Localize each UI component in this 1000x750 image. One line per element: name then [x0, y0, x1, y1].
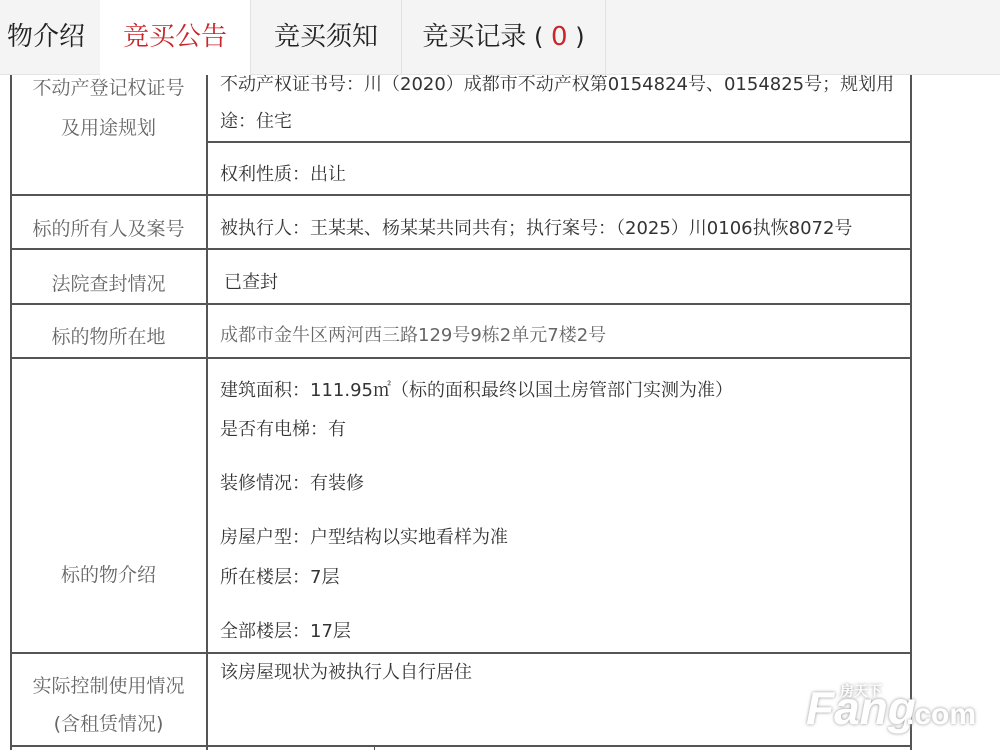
tab-bar: 物介绍 竞买公告 竞买须知 竞买记录 ( 0 ) [0, 0, 1000, 75]
occupancy-value: 该房屋现状为被执行人自行居住 [220, 658, 472, 688]
layout-value: 房屋户型：户型结构以实地看样为准 [220, 523, 508, 553]
row-divider [10, 303, 912, 305]
tab-label: 物介绍 [7, 22, 85, 52]
svg-text:房天下: 房天下 [839, 683, 882, 700]
svg-text:.com: .com [906, 698, 976, 731]
row-label-intro: 标的物介绍 [10, 557, 207, 593]
floor-value: 所在楼层：7层 [220, 563, 339, 593]
rights-type-value: 权利性质：出让 [220, 160, 346, 190]
label-line: 法院查封情况 [51, 273, 165, 295]
location-value: 成都市金牛区两河西三路129号9栋2单元7楼2号 [220, 321, 606, 351]
decoration-value: 装修情况：有装修 [220, 469, 364, 499]
row-label-usage: 实际控制使用情况 (含租赁情况) [10, 668, 207, 742]
label-line: 不动产登记权证号 [10, 70, 207, 106]
tab-item-intro[interactable]: 物介绍 [0, 0, 100, 75]
row-divider [10, 248, 912, 250]
table-border-right [910, 75, 912, 750]
tab-auction-rules[interactable]: 竞买须知 [251, 0, 401, 75]
area-value: 建筑面积：111.95㎡（标的面积最终以国土房管部门实测为准） [220, 376, 733, 406]
row-divider [10, 194, 912, 196]
tab-label: 竞买须知 [274, 22, 378, 52]
count-paren-close: ) [568, 23, 585, 51]
row-divider [207, 141, 912, 143]
count-paren-open: ( [526, 23, 551, 51]
tab-label: 竞买公告 [123, 22, 227, 52]
row-label-owner: 标的所有人及案号 [10, 211, 207, 247]
fang-logo-watermark: Fang .com 房天下 [800, 672, 1000, 742]
label-line: 及用途规划 [10, 110, 207, 146]
row-divider [10, 652, 912, 654]
table-column-divider [206, 75, 208, 750]
owner-case-value: 被执行人：王某某、杨某某共同共有；执行案号：（2025）川0106执恢8072号 [220, 214, 852, 244]
tab-auction-notice[interactable]: 竞买公告 [100, 0, 250, 75]
row-divider [10, 357, 912, 359]
label-line: 标的所有人及案号 [32, 218, 184, 240]
tab-auction-records[interactable]: 竞买记录 ( 0 ) [402, 0, 605, 75]
label-line: 标的物介绍 [61, 564, 156, 586]
seizure-status-value: 已查封 [224, 268, 278, 298]
elevator-value: 是否有电梯：有 [220, 415, 346, 445]
row-label-location: 标的物所在地 [10, 319, 207, 355]
tab-divider [605, 0, 606, 75]
row-divider [10, 745, 912, 747]
table-border-left [10, 75, 12, 750]
label-line: 实际控制使用情况 [10, 668, 207, 704]
label-line: 标的物所在地 [51, 326, 165, 348]
row-label-seizure: 法院查封情况 [10, 266, 207, 302]
usage-value: 途：住宅 [220, 107, 292, 137]
record-count-badge: 0 [551, 22, 568, 52]
label-line: (含租赁情况) [10, 706, 207, 742]
row-label-cert: 不动产登记权证号 及用途规划 [10, 70, 207, 146]
cell-divider [374, 746, 375, 750]
total-floors-value: 全部楼层：17层 [220, 617, 351, 647]
tab-label: 竞买记录 [422, 22, 526, 52]
